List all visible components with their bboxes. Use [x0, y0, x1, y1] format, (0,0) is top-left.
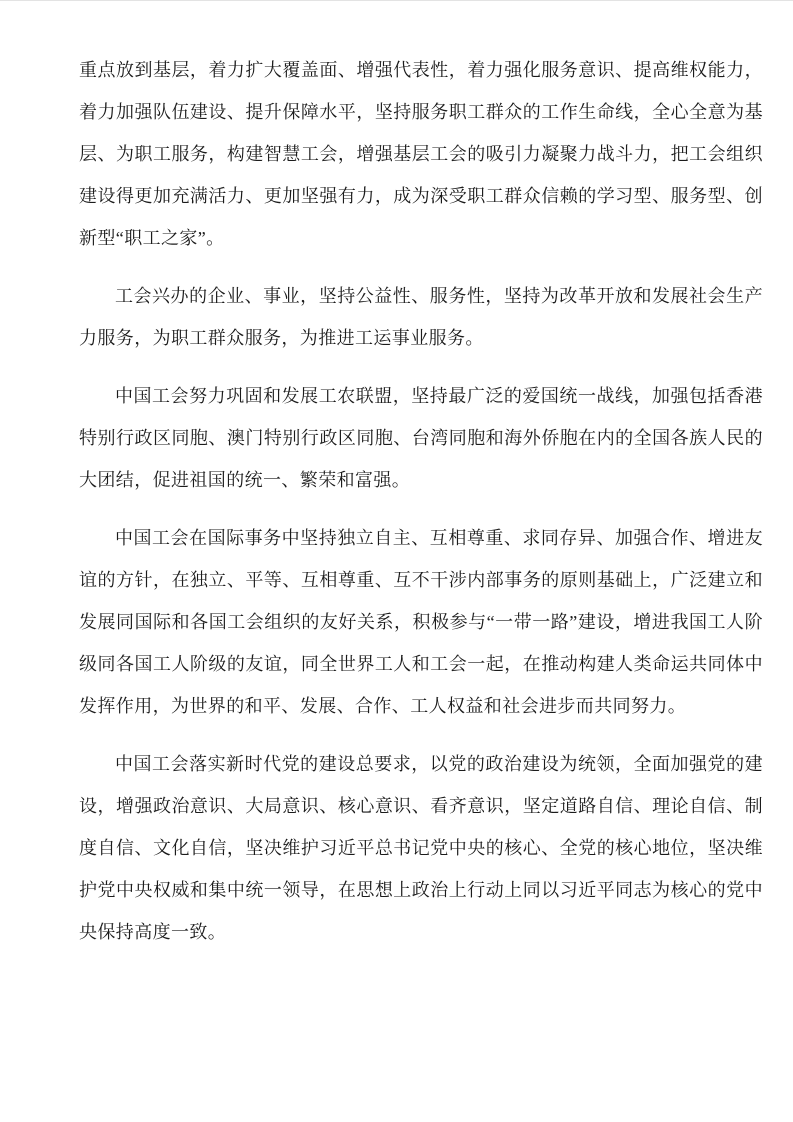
document-page: 重点放到基层，着力扩大覆盖面、增强代表性，着力强化服务意识、提高维权能力，着力加… — [0, 0, 793, 1122]
paragraph-party-building: 中国工会落实新时代党的建设总要求，以党的政治建设为统领，全面加强党的建设，增强政… — [79, 743, 763, 953]
paragraph-united-front: 中国工会努力巩固和发展工农联盟，坚持最广泛的爱国统一战线，加强包括香港特别行政区… — [79, 375, 763, 501]
paragraph-continuation: 重点放到基层，着力扩大覆盖面、增强代表性，着力强化服务意识、提高维权能力，着力加… — [79, 49, 763, 259]
paragraph-international-affairs: 中国工会在国际事务中坚持独立自主、互相尊重、求同存异、加强合作、增进友谊的方针，… — [79, 517, 763, 727]
paragraph-enterprises: 工会兴办的企业、事业，坚持公益性、服务性，坚持为改革开放和发展社会生产力服务，为… — [79, 275, 763, 359]
